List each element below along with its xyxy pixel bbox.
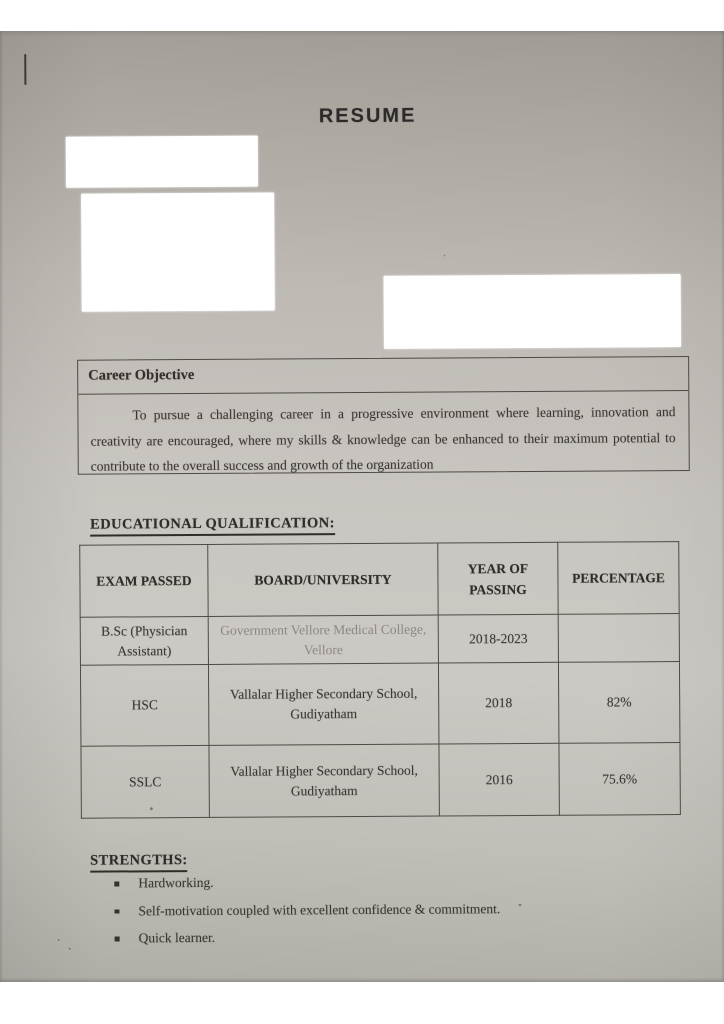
pen-mark <box>24 54 26 85</box>
strength-text: Quick learner. <box>139 930 216 945</box>
scan-artifact <box>518 904 521 906</box>
cell-percentage: 75.6% <box>559 743 680 816</box>
redaction-box-3 <box>384 274 681 349</box>
career-objective-text: To pursue a challenging career in a prog… <box>78 391 689 479</box>
strength-text: Self-motivation coupled with excellent c… <box>138 901 500 918</box>
cell-board: Vallalar Higher Secondary School, Gudiya… <box>208 663 438 745</box>
education-table: EXAM PASSED BOARD/UNIVERSITY YEAR OF PAS… <box>79 541 681 819</box>
strengths-list: Hardworking. Self-motivation coupled wit… <box>114 871 500 956</box>
cell-year: 2016 <box>439 743 559 816</box>
column-header-board: BOARD/UNIVERSITY <box>208 543 438 616</box>
redaction-box-1 <box>66 136 258 188</box>
bullet-icon <box>114 909 119 914</box>
scan-artifact <box>150 807 153 810</box>
career-objective-section: Career Objective To pursue a challenging… <box>77 356 690 475</box>
table-row: B.Sc (Physician Assistant) Government Ve… <box>80 614 679 666</box>
scan-artifact <box>69 948 71 950</box>
table-row: HSC Vallalar Higher Secondary School, Gu… <box>80 662 679 747</box>
education-heading: EDUCATIONAL QUALIFICATION: <box>90 515 335 536</box>
strengths-heading-text: STRENGTHS: <box>90 852 188 873</box>
cell-exam: HSC <box>80 664 208 746</box>
photo-bottom-margin <box>0 982 724 1024</box>
list-item: Self-motivation coupled with excellent c… <box>114 899 500 921</box>
cell-exam: SSLC <box>81 745 209 818</box>
resume-content: RESUME Career Objective To pursue a chal… <box>0 29 724 984</box>
photo-top-margin <box>0 0 724 31</box>
cell-board: Government Vellore Medical College, Vell… <box>208 615 438 664</box>
strengths-heading: STRENGTHS: <box>90 852 188 873</box>
column-header-exam: EXAM PASSED <box>80 544 208 617</box>
page-title: RESUME <box>0 103 724 131</box>
cell-percentage: 82% <box>558 662 679 744</box>
table-row: SSLC Vallalar Higher Secondary School, G… <box>81 743 680 819</box>
cell-exam: B.Sc (Physician Assistant) <box>80 616 208 665</box>
bullet-icon <box>114 881 119 886</box>
cell-percentage <box>558 614 679 663</box>
education-heading-text: EDUCATIONAL QUALIFICATION: <box>90 515 335 536</box>
table-header-row: EXAM PASSED BOARD/UNIVERSITY YEAR OF PAS… <box>80 542 679 618</box>
scan-artifact <box>58 939 60 941</box>
column-header-year: YEAR OF PASSING <box>438 542 558 615</box>
redaction-box-2 <box>81 193 275 312</box>
resume-paper: RESUME Career Objective To pursue a chal… <box>0 31 724 982</box>
cell-year: 2018 <box>438 662 558 744</box>
column-header-percentage: PERCENTAGE <box>558 542 679 615</box>
strength-text: Hardworking. <box>138 875 213 890</box>
scanned-resume-photo: RESUME Career Objective To pursue a chal… <box>0 0 724 1024</box>
bullet-icon <box>115 936 120 941</box>
scan-artifact <box>443 254 445 256</box>
list-item: Quick learner. <box>115 926 501 948</box>
cell-board: Vallalar Higher Secondary School, Gudiya… <box>209 744 439 817</box>
career-objective-heading: Career Objective <box>78 357 688 395</box>
cell-year: 2018-2023 <box>438 614 558 663</box>
list-item: Hardworking. <box>114 871 500 893</box>
